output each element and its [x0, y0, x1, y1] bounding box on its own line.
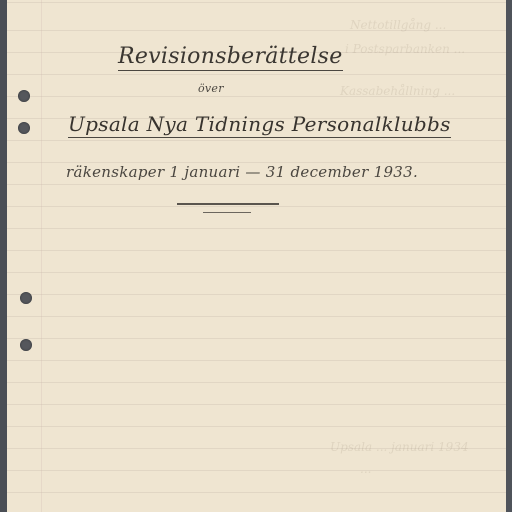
- subtitle-connector: över: [198, 82, 224, 95]
- accounts-period: räkenskaper 1 januari — 31 december 1933…: [66, 163, 418, 181]
- show-through-text: Nettotillgång ...: [350, 18, 446, 32]
- punch-hole: [18, 122, 30, 134]
- organization-name: Upsala Nya Tidnings Personalklubbs: [68, 112, 451, 138]
- show-through-text: ...: [360, 462, 371, 476]
- show-through-text: i Postsparbanken ...: [345, 42, 465, 56]
- decorative-rule: [177, 203, 279, 205]
- document-title: Revisionsberättelse: [118, 44, 343, 71]
- punch-hole: [20, 292, 32, 304]
- punch-hole: [20, 339, 32, 351]
- punch-hole: [18, 90, 30, 102]
- ruled-paper-page: [7, 0, 506, 512]
- decorative-rule: [203, 212, 251, 213]
- scan-border-right: [506, 0, 512, 512]
- scan-border-left: [0, 0, 7, 512]
- show-through-text: Upsala ... januari 1934: [330, 440, 469, 454]
- show-through-text: Kassabehållning ...: [340, 84, 455, 98]
